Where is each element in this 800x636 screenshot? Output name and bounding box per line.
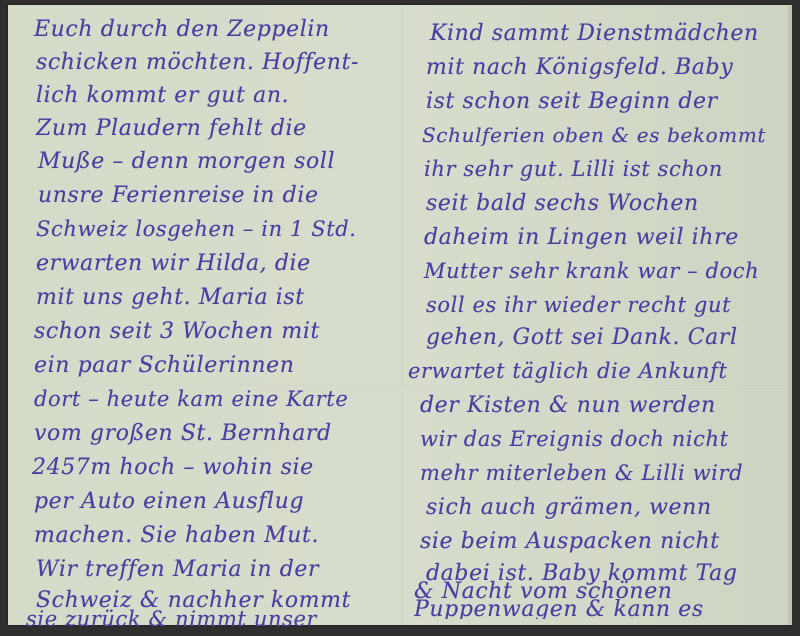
handwritten-line: Wir treffen Maria in der [36, 559, 319, 581]
handwritten-line: der Kisten & nun werden [420, 395, 716, 417]
handwritten-line: vom großen St. Bernhard [34, 423, 332, 445]
handwritten-line: mit uns geht. Maria ist [36, 287, 305, 309]
handwritten-line: sie zurück & nimmt unser [26, 609, 317, 630]
handwritten-line: Puppenwagen & kann es [414, 599, 704, 621]
handwritten-line: mehr miterleben & Lilli wird [420, 463, 743, 484]
handwritten-line: sich auch grämen, wenn [426, 497, 712, 519]
handwritten-line: Kind sammt Dienstmädchen [430, 23, 759, 45]
handwritten-line: schon seit 3 Wochen mit [34, 321, 320, 343]
handwritten-line: unsre Ferienreise in die [38, 185, 319, 207]
letter-sheet: Euch durch den Zeppelin schicken möchten… [8, 5, 788, 625]
handwritten-line: sie beim Auspacken nicht [420, 531, 720, 553]
handwritten-line: Schweiz losgehen – in 1 Std. [36, 219, 357, 240]
handwritten-line: dort – heute kam eine Karte [34, 389, 348, 410]
handwritten-line: Mutter sehr krank war – doch [424, 261, 759, 282]
handwritten-line: erwarten wir Hilda, die [36, 253, 311, 275]
handwritten-line: wir das Ereignis doch nicht [420, 429, 729, 450]
handwritten-line: gehen, Gott sei Dank. Carl [426, 327, 738, 349]
handwritten-line: soll es ihr wieder recht gut [426, 295, 731, 316]
handwritten-line: ein paar Schülerinnen [34, 355, 295, 377]
right-page: Kind sammt Dienstmädchen mit nach Königs… [404, 5, 788, 625]
handwritten-line: schicken möchten. Hoffent- [36, 52, 359, 74]
handwritten-line: ist schon seit Beginn der [426, 91, 718, 113]
handwritten-line: mit nach Königsfeld. Baby [426, 57, 733, 79]
handwritten-line: 2457m hoch – wohin sie [32, 457, 314, 479]
handwritten-line: daheim in Lingen weil ihre [424, 227, 739, 249]
handwritten-line: ihr sehr gut. Lilli ist schon [424, 159, 723, 180]
left-page: Euch durch den Zeppelin schicken möchten… [8, 5, 402, 625]
handwritten-line: Euch durch den Zeppelin [34, 19, 330, 41]
handwritten-line: seit bald sechs Wochen [426, 193, 699, 215]
handwritten-line: Zum Plaudern fehlt die [36, 118, 307, 140]
handwritten-line: Muße – denn morgen soll [38, 151, 335, 173]
handwritten-line: machen. Sie haben Mut. [34, 525, 319, 547]
handwritten-line: Schulferien oben & es bekommt [422, 125, 766, 145]
paper-edge [788, 5, 792, 625]
handwritten-line: erwartet täglich die Ankunft [408, 361, 728, 382]
handwritten-line: lich kommt er gut an. [36, 85, 289, 107]
handwritten-line: per Auto einen Ausflug [34, 491, 304, 513]
handwritten-line: Schweiz & nachher kommt [36, 590, 351, 612]
